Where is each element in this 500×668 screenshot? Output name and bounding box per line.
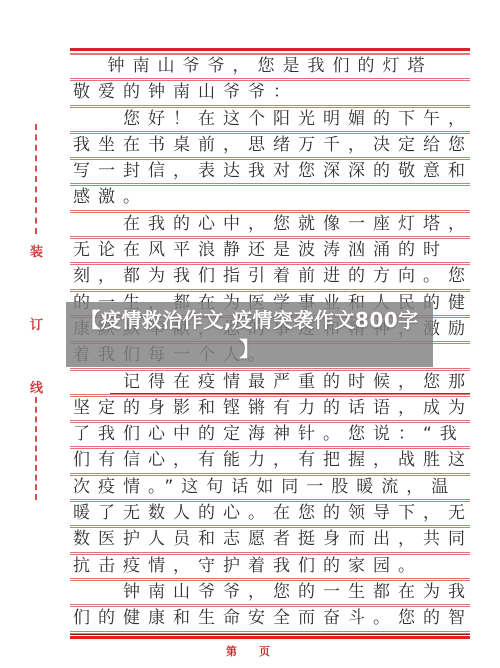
letter-line: 暖了无数人的心。在您的领导下，无 bbox=[70, 502, 470, 528]
binding-dashed-line-bottom bbox=[35, 397, 37, 500]
letter-line: 写一封信，表达我对您深深的敬意和 bbox=[70, 160, 470, 186]
binding-dashed-line-top bbox=[35, 124, 37, 234]
letter-line: 钟南山爷爷，您的一生都在为我 bbox=[70, 581, 470, 607]
letter-line: 们有信心，有能力，有把握，战胜这 bbox=[70, 449, 470, 475]
watermark-banner: 【疫情救治作文,疫情突袭作文800字 】 bbox=[66, 302, 433, 367]
binding-char-ding: 订 bbox=[29, 318, 44, 333]
letter-line: 数医护人员和志愿者挺身而出，共同 bbox=[70, 528, 470, 554]
letter-paper-page: 装 订 线 钟南山爷爷，您是我们的灯塔 敬爱的钟南山爷爷： 您好！在这个阳光明媚… bbox=[0, 0, 500, 668]
letter-line: 感激。 bbox=[70, 186, 470, 212]
letter-line-underlined: 坚定的身影和铿锵有力的话语，成为 bbox=[70, 397, 470, 423]
letter-title: 钟南山爷爷，您是我们的灯塔 bbox=[70, 55, 470, 81]
watermark-banner-line2: 】 bbox=[239, 335, 260, 364]
letter-line: 次疫情。”这句话如同一股暖流，温 bbox=[70, 476, 470, 502]
sheet-top-border bbox=[70, 48, 470, 55]
letter-line: 您好！在这个阳光明媚的下午， bbox=[70, 108, 470, 134]
binding-char-zhuang: 装 bbox=[29, 245, 44, 260]
letter-line-salutation: 敬爱的钟南山爷爷： bbox=[70, 81, 470, 107]
letter-line: 在我的心中，您就像一座灯塔， bbox=[70, 213, 470, 239]
footer-label-ye: 页 bbox=[259, 645, 270, 658]
binding-char-xian: 线 bbox=[29, 381, 44, 396]
letter-line: 刻，都为我们指引着前进的方向。您 bbox=[70, 265, 470, 291]
letter-line-underlined: 记得在疫情最严重的时候，您那 bbox=[70, 371, 470, 397]
watermark-banner-line1: 【疫情救治作文,疫情突袭作文800字 bbox=[80, 306, 418, 335]
sheet-bottom-border bbox=[70, 634, 470, 639]
letter-line: 抗击疫情，守护着我们的家园。 bbox=[70, 555, 470, 581]
letter-line-underlined: 了我们心中的定海神针。您说：“我 bbox=[70, 423, 470, 449]
letter-line: 我坐在书桌前，思绪万千，决定给您 bbox=[70, 134, 470, 160]
letter-line: 们的健康和生命安全而奋斗。您的智 bbox=[70, 607, 470, 633]
letter-line: 无论在风平浪静还是波涛汹涌的时 bbox=[70, 239, 470, 265]
footer-label-di: 第 bbox=[226, 645, 237, 658]
page-footer: 第页 bbox=[188, 643, 308, 659]
